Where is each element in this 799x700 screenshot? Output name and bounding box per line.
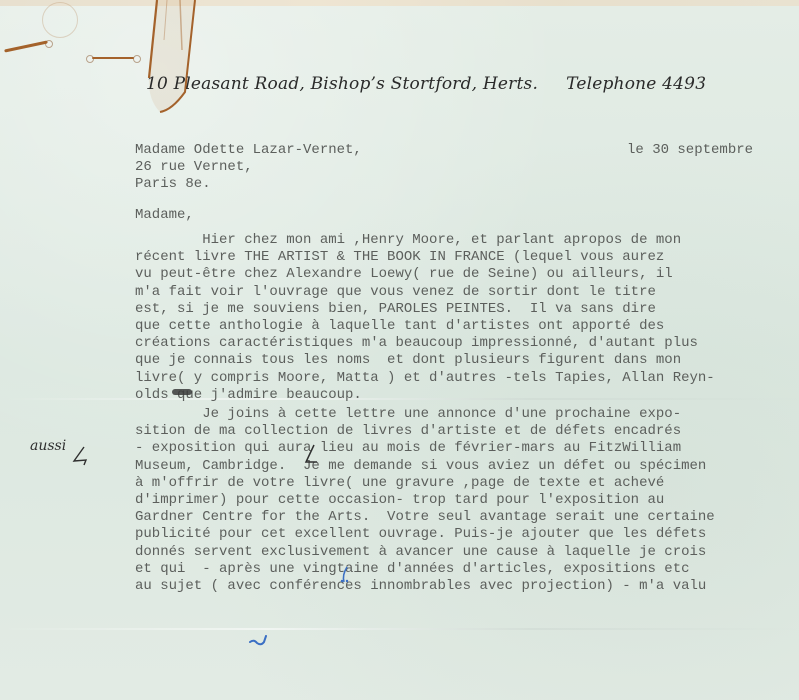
fold-crease bbox=[0, 628, 799, 630]
letter-date: le 30 septembre bbox=[627, 142, 753, 159]
stain-ring bbox=[42, 2, 78, 38]
text-line: créations caractéristiques m'a beaucoup … bbox=[135, 335, 715, 352]
text-line: Hier chez mon ami ,Henry Moore, et parla… bbox=[135, 232, 715, 249]
text-line: vu peut-être chez Alexandre Loewy( rue d… bbox=[135, 266, 715, 283]
rust-stain bbox=[92, 57, 134, 59]
text-line: d'imprimer) pour cette occasion- trop ta… bbox=[135, 492, 715, 509]
text-line: - exposition qui aura lieu au mois de fé… bbox=[135, 440, 715, 457]
text-line: publicité pour cet excellent ouvrage. Pu… bbox=[135, 526, 715, 543]
ink-strikeout bbox=[172, 389, 192, 395]
top-edge-stain bbox=[0, 0, 799, 6]
text-line: olds que j'admire beaucoup. bbox=[135, 387, 715, 404]
text-line: Je joins à cette lettre une annonce d'un… bbox=[135, 406, 715, 423]
text-line: livre( y compris Moore, Matta ) et d'aut… bbox=[135, 370, 715, 387]
text-line: que cette anthologie à laquelle tant d'a… bbox=[135, 318, 715, 335]
recipient-line: Madame Odette Lazar-Vernet, bbox=[135, 142, 362, 159]
recipient-address: Madame Odette Lazar-Vernet,26 rue Vernet… bbox=[135, 142, 362, 194]
text-line: Gardner Centre for the Arts. Votre seul … bbox=[135, 509, 715, 526]
letter-paper: 10 Pleasant Road, Bishop’s Stortford, He… bbox=[0, 0, 799, 700]
text-line: au sujet ( avec conférences innombrables… bbox=[135, 578, 715, 595]
text-line: récent livre THE ARTIST & THE BOOK IN FR… bbox=[135, 249, 715, 266]
recipient-line: 26 rue Vernet, bbox=[135, 159, 362, 176]
body-paragraph-2: Je joins à cette lettre une annonce d'un… bbox=[135, 406, 715, 595]
rust-stain bbox=[4, 40, 48, 52]
blue-pen-tick-mark bbox=[248, 633, 272, 651]
text-line: Museum, Cambridge. Je me demande si vous… bbox=[135, 458, 715, 475]
salutation: Madame, bbox=[135, 207, 194, 224]
text-line: sition de ma collection de livres d'arti… bbox=[135, 423, 715, 440]
blue-pen-correction bbox=[338, 565, 352, 585]
body-paragraph-1: Hier chez mon ami ,Henry Moore, et parla… bbox=[135, 232, 715, 404]
letterhead: 10 Pleasant Road, Bishop’s Stortford, He… bbox=[146, 74, 706, 94]
margin-note: aussi bbox=[30, 438, 66, 454]
text-line: est, si je me souviens bien, PAROLES PEI… bbox=[135, 301, 715, 318]
margin-caret-mark bbox=[70, 445, 90, 469]
insertion-caret-mark bbox=[302, 444, 318, 466]
letterhead-address: 10 Pleasant Road, Bishop’s Stortford, He… bbox=[146, 74, 538, 94]
rust-drip-stain bbox=[140, 0, 210, 120]
text-line: que je connais tous les noms et dont plu… bbox=[135, 352, 715, 369]
text-line: donnés servent exclusivement à avancer u… bbox=[135, 544, 715, 561]
text-line: à m'offrir de votre livre( une gravure ,… bbox=[135, 475, 715, 492]
text-line: m'a fait voir l'ouvrage que vous venez d… bbox=[135, 284, 715, 301]
text-line: et qui - après une vingtaine d'années d'… bbox=[135, 561, 715, 578]
letterhead-telephone: Telephone 4493 bbox=[566, 74, 706, 94]
recipient-line: Paris 8e. bbox=[135, 176, 362, 193]
